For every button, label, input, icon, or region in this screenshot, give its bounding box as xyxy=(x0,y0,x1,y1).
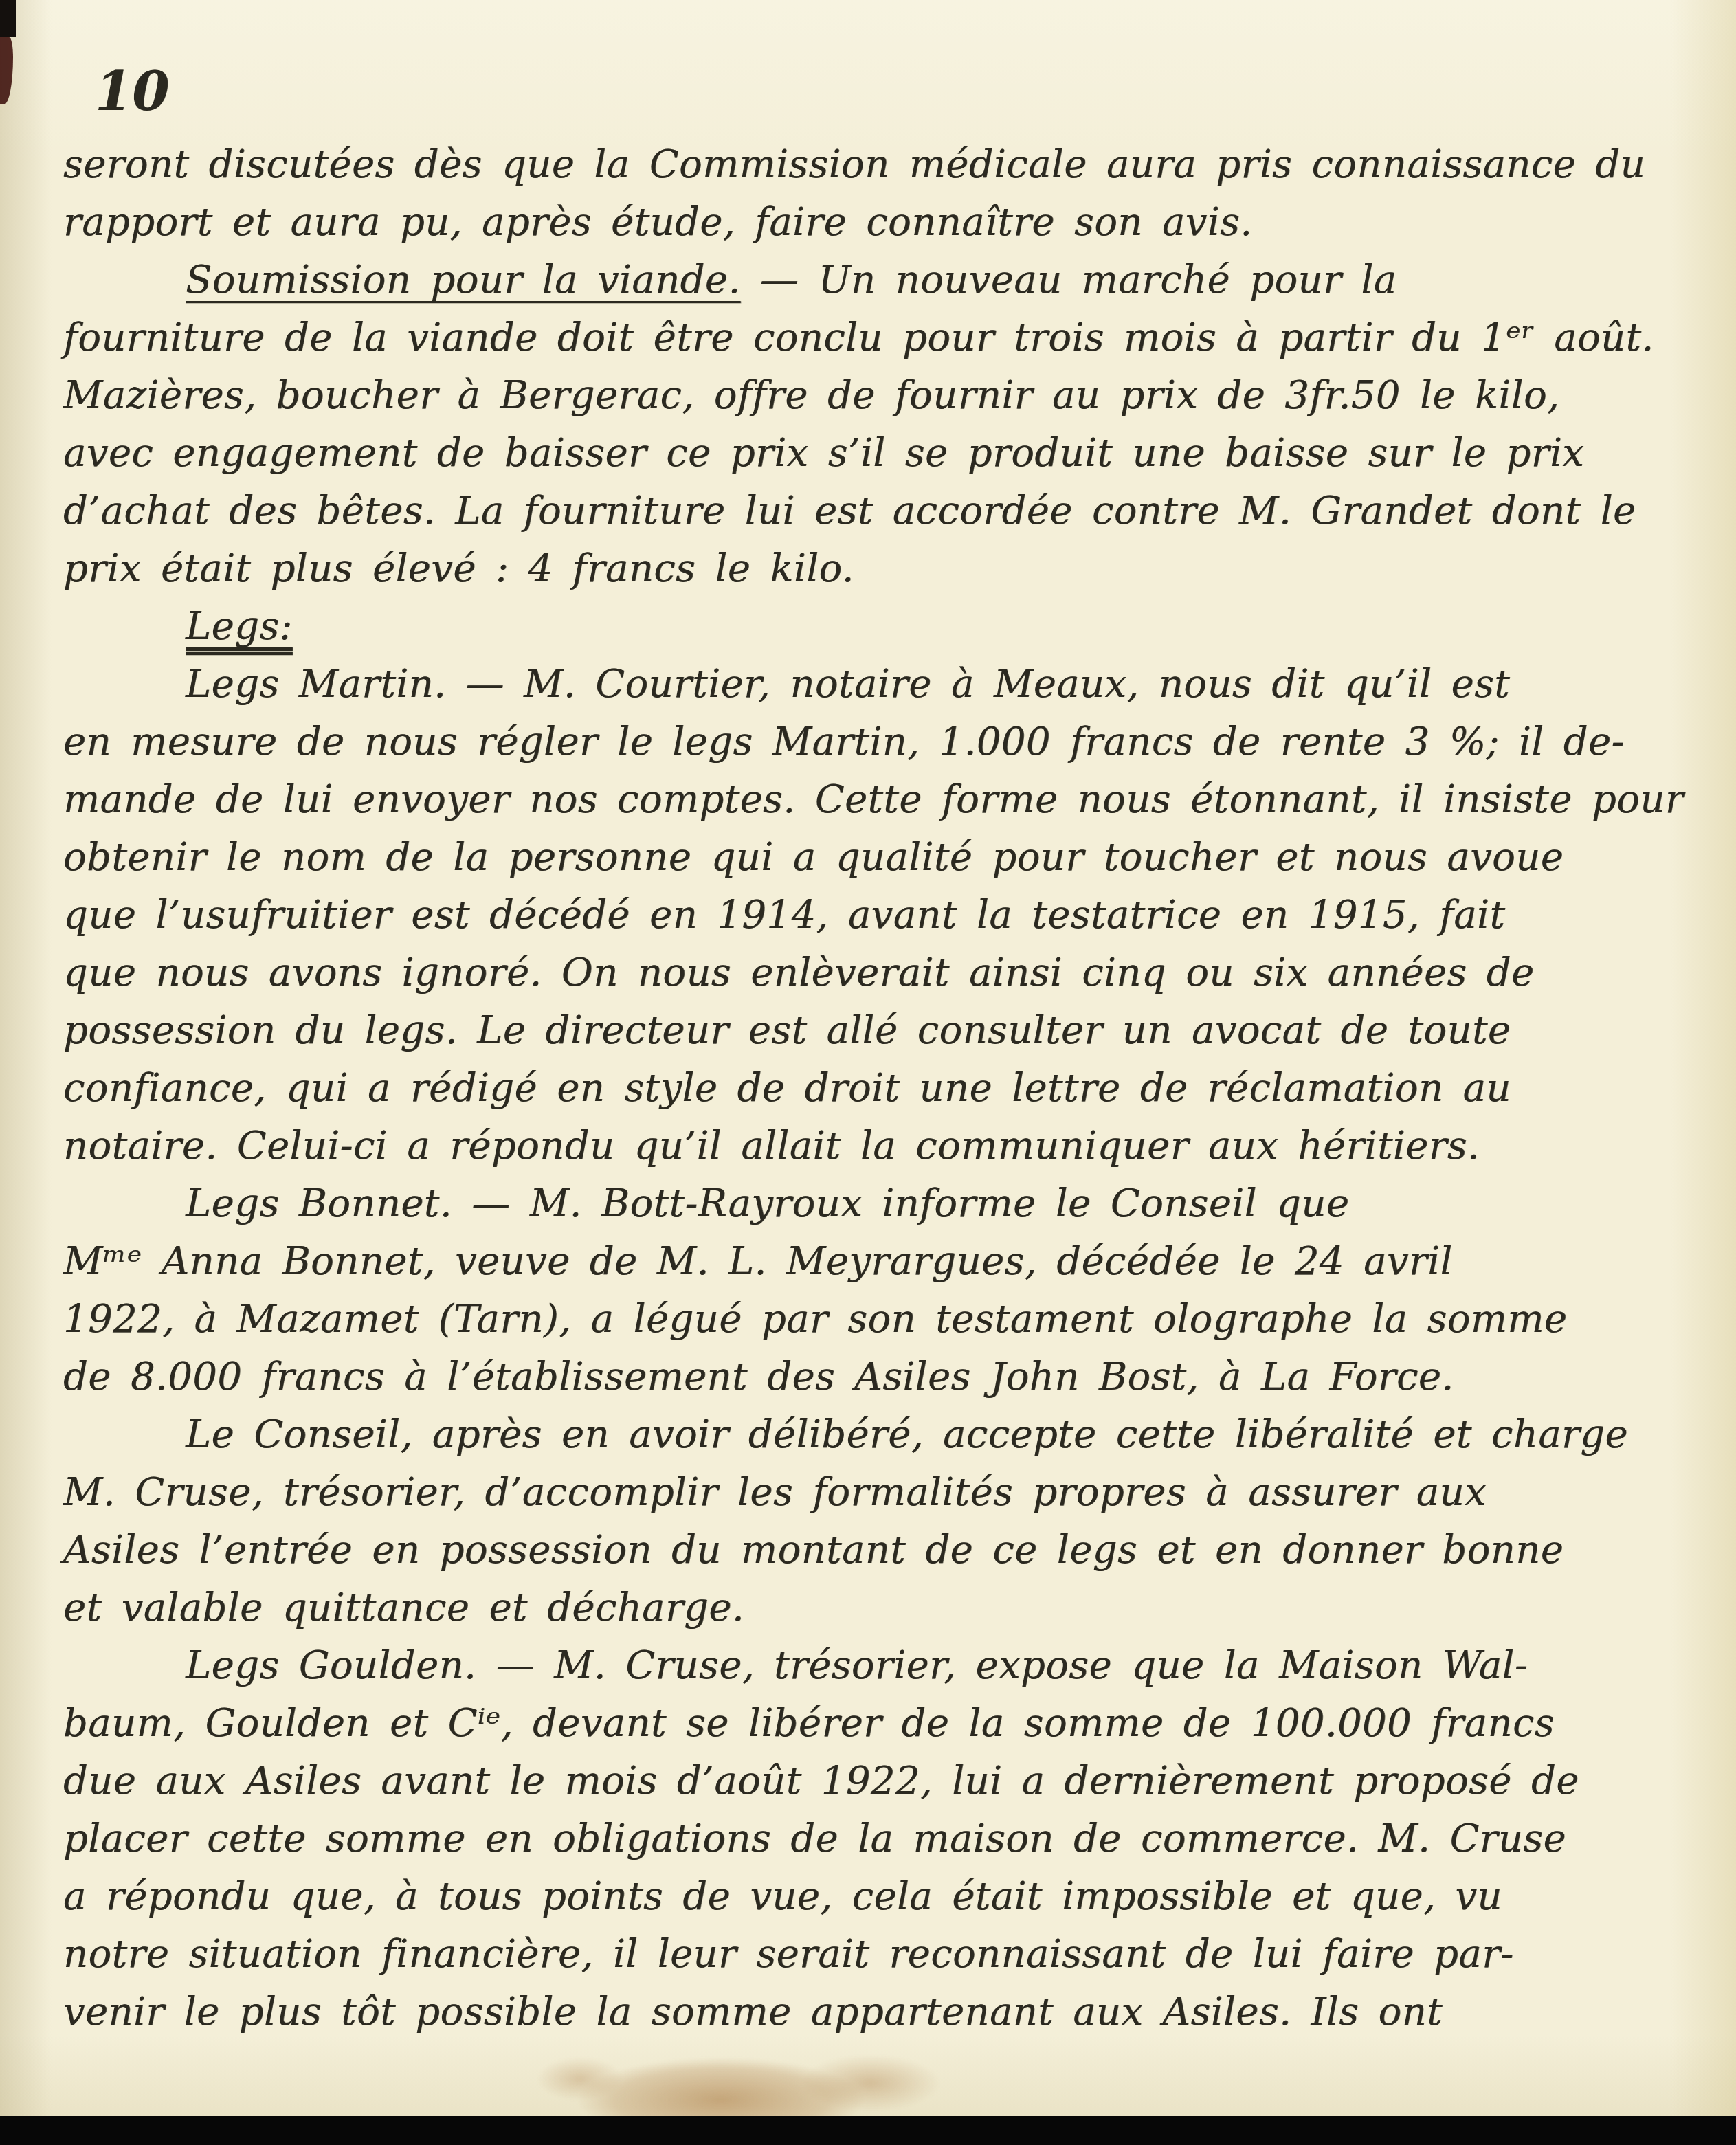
manuscript-line: seront discutées dès que la Commission m… xyxy=(63,136,1707,194)
line-text: baum, Goulden et Cⁱᵉ, devant se libérer … xyxy=(63,1701,1555,1746)
manuscript-line: que nous avons ignoré. On nous enlèverai… xyxy=(63,944,1707,1002)
scan-bottom-bar xyxy=(0,2116,1736,2145)
manuscript-line: en mesure de nous régler le legs Martin,… xyxy=(63,713,1707,771)
line-text: d’achat des bêtes. La fourniture lui est… xyxy=(63,489,1636,533)
line-text: possession du legs. Le directeur est all… xyxy=(63,1008,1511,1053)
line-text: a répondu que, à tous points de vue, cel… xyxy=(63,1874,1502,1919)
line-text: Mᵐᵉ Anna Bonnet, veuve de M. L. Meyrargu… xyxy=(63,1239,1453,1284)
manuscript-line: fourniture de la viande doit être conclu… xyxy=(63,309,1707,367)
manuscript-line: Soumission pour la viande. — Un nouveau … xyxy=(63,252,1707,309)
manuscript-line: notre situation financière, il leur sera… xyxy=(63,1926,1707,1983)
manuscript-line: prix était plus élevé : 4 francs le kilo… xyxy=(63,540,1707,598)
section-heading-legs: Legs: xyxy=(186,604,293,649)
line-text: en mesure de nous régler le legs Martin,… xyxy=(63,720,1625,764)
line-text: Le Conseil, après en avoir délibéré, acc… xyxy=(186,1412,1628,1457)
line-text: rapport et aura pu, après étude, faire c… xyxy=(63,200,1252,245)
line-text: M. Cruse, trésorier, d’accomplir les for… xyxy=(63,1470,1487,1515)
manuscript-line: Legs Bonnet. — M. Bott-Rayroux informe l… xyxy=(63,1175,1707,1233)
line-text: seront discutées dès que la Commission m… xyxy=(63,142,1645,187)
line-text: 1922, à Mazamet (Tarn), a légué par son … xyxy=(63,1297,1567,1342)
manuscript-line: Legs Goulden. — M. Cruse, trésorier, exp… xyxy=(63,1637,1707,1695)
manuscript-line: et valable quittance et décharge. xyxy=(63,1579,1707,1637)
manuscript-line: Legs: xyxy=(63,598,1707,656)
manuscript-line: d’achat des bêtes. La fourniture lui est… xyxy=(63,482,1707,540)
manuscript-line: M. Cruse, trésorier, d’accomplir les for… xyxy=(63,1464,1707,1522)
manuscript-line: mande de lui envoyer nos comptes. Cette … xyxy=(63,771,1707,829)
manuscript-line: Mᵐᵉ Anna Bonnet, veuve de M. L. Meyrargu… xyxy=(63,1233,1707,1291)
manuscript-line: que l’usufruitier est décédé en 1914, av… xyxy=(63,887,1707,944)
line-text: Legs Bonnet. — M. Bott-Rayroux informe l… xyxy=(186,1181,1349,1226)
manuscript-line: Le Conseil, après en avoir délibéré, acc… xyxy=(63,1406,1707,1464)
manuscript-line: rapport et aura pu, après étude, faire c… xyxy=(63,194,1707,252)
manuscript-line: confiance, qui a rédigé en style de droi… xyxy=(63,1060,1707,1118)
line-text: confiance, qui a rédigé en style de droi… xyxy=(63,1066,1511,1111)
line-text: avec engagement de baisser ce prix s’il … xyxy=(63,431,1584,476)
line-text: placer cette somme en obligations de la … xyxy=(63,1816,1566,1861)
manuscript-line: avec engagement de baisser ce prix s’il … xyxy=(63,425,1707,482)
line-text: venir le plus tôt possible la somme appa… xyxy=(63,1990,1443,2034)
scan-corner-mark-black xyxy=(0,0,16,37)
scan-corner-mark-red xyxy=(0,37,13,104)
manuscript-line: a répondu que, à tous points de vue, cel… xyxy=(63,1868,1707,1926)
line-text: prix était plus élevé : 4 francs le kilo… xyxy=(63,546,854,591)
line-text: notaire. Celui-ci a répondu qu’il allait… xyxy=(63,1124,1480,1168)
line-text: Legs Martin. — M. Courtier, notaire à Me… xyxy=(186,662,1510,707)
line-text: — Un nouveau marché pour la xyxy=(741,258,1397,302)
manuscript-line: possession du legs. Le directeur est all… xyxy=(63,1002,1707,1060)
manuscript-line: notaire. Celui-ci a répondu qu’il allait… xyxy=(63,1118,1707,1175)
line-text: obtenir le nom de la personne qui a qual… xyxy=(63,835,1563,880)
section-heading-soumission: Soumission pour la viande. xyxy=(186,258,741,302)
manuscript-line: 1922, à Mazamet (Tarn), a légué par son … xyxy=(63,1291,1707,1348)
manuscript-text: seront discutées dès que la Commission m… xyxy=(63,136,1707,2041)
manuscript-line: Mazières, boucher à Bergerac, offre de f… xyxy=(63,367,1707,425)
manuscript-line: Legs Martin. — M. Courtier, notaire à Me… xyxy=(63,656,1707,713)
line-text: et valable quittance et décharge. xyxy=(63,1586,744,1630)
line-text: due aux Asiles avant le mois d’août 1922… xyxy=(63,1759,1579,1803)
manuscript-line: obtenir le nom de la personne qui a qual… xyxy=(63,829,1707,887)
line-text: fourniture de la viande doit être conclu… xyxy=(63,315,1654,360)
line-text: mande de lui envoyer nos comptes. Cette … xyxy=(63,777,1684,822)
line-text: que nous avons ignoré. On nous enlèverai… xyxy=(63,951,1535,995)
manuscript-line: Asiles l’entrée en possession du montant… xyxy=(63,1522,1707,1579)
line-text: Mazières, boucher à Bergerac, offre de f… xyxy=(63,373,1559,418)
line-text: notre situation financière, il leur sera… xyxy=(63,1932,1514,1977)
page-number: 10 xyxy=(95,60,170,123)
manuscript-page: 10 seront discutées dès que la Commissio… xyxy=(0,0,1736,2145)
line-text: que l’usufruitier est décédé en 1914, av… xyxy=(63,893,1505,937)
manuscript-line: de 8.000 francs à l’établissement des As… xyxy=(63,1348,1707,1406)
manuscript-line: baum, Goulden et Cⁱᵉ, devant se libérer … xyxy=(63,1695,1707,1753)
manuscript-line: due aux Asiles avant le mois d’août 1922… xyxy=(63,1753,1707,1810)
manuscript-line: placer cette somme en obligations de la … xyxy=(63,1810,1707,1868)
line-text: Asiles l’entrée en possession du montant… xyxy=(63,1528,1563,1572)
manuscript-line: venir le plus tôt possible la somme appa… xyxy=(63,1983,1707,2041)
line-text: Legs Goulden. — M. Cruse, trésorier, exp… xyxy=(186,1643,1528,1688)
line-text: de 8.000 francs à l’établissement des As… xyxy=(63,1355,1454,1399)
